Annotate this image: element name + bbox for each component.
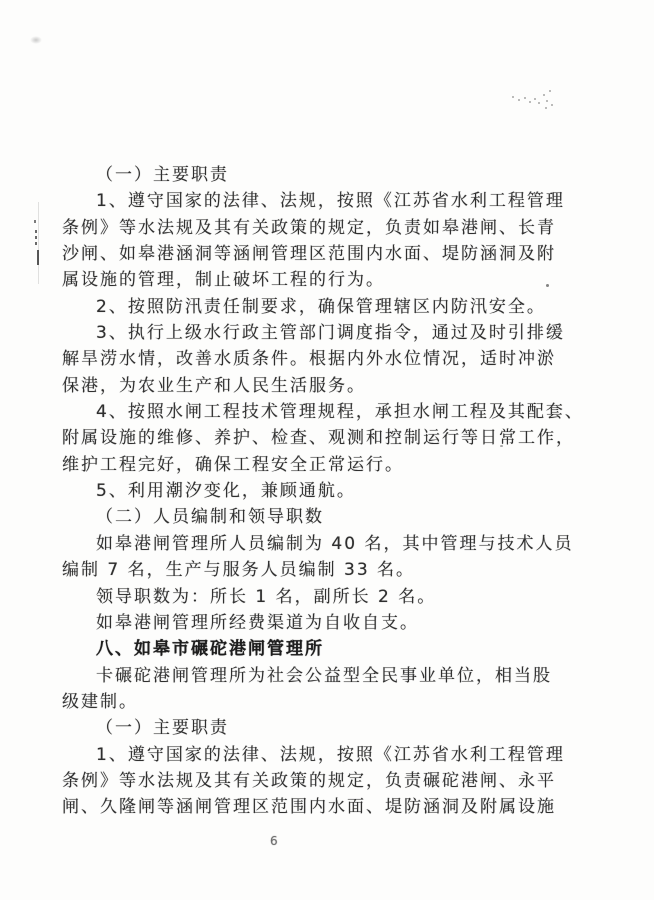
scan-smudge-top-left	[30, 36, 42, 44]
text-line: （二）人员编制和领导职数	[62, 504, 550, 530]
text-line: （一）主要职责	[62, 162, 550, 188]
text-line: 解旱涝水情，改善水质条件。根据内外水位情况，适时冲淤	[62, 346, 550, 372]
text-line: 2、按照防汛责任制要求，确保管理辖区内防汛安全。	[62, 294, 550, 320]
text-line: 如皋港闸管理所人员编制为 40 名，其中管理与技术人员	[62, 531, 550, 557]
left-margin-ink-marks	[32, 198, 44, 290]
text-line: 如皋港闸管理所经费渠道为自收自支。	[62, 610, 550, 636]
section-heading: 八、如皋市碾砣港闸管理所	[62, 636, 550, 662]
text-line: 3、执行上级水行政主管部门调度指令，通过及时引排缓	[62, 320, 550, 346]
text-line: 闸、久隆闸等涵闸管理区范围内水面、堤防涵洞及附属设施	[62, 794, 550, 820]
text-line: 5、利用潮汐变化，兼顾通航。	[62, 478, 550, 504]
scan-smudge-top-right	[510, 84, 558, 112]
text-line: 保港，为农业生产和人民生活服务。	[62, 373, 550, 399]
page-number: 6	[270, 834, 278, 848]
text-line: 卡碾砣港闸管理所为社会公益型全民事业单位，相当股	[62, 663, 550, 689]
text-line: 编制 7 名，生产与服务人员编制 33 名。	[62, 557, 550, 583]
text-line: 1、遵守国家的法律、法规，按照《江苏省水利工程管理	[62, 742, 550, 768]
text-line: 领导职数为：所长 1 名，副所长 2 名。	[62, 584, 550, 610]
text-block: （一）主要职责1、遵守国家的法律、法规，按照《江苏省水利工程管理条例》等水法规及…	[62, 162, 550, 821]
text-line: 附属设施的维修、养护、检查、观测和控制运行等日常工作，	[62, 425, 550, 451]
text-line: 1、遵守国家的法律、法规，按照《江苏省水利工程管理	[62, 188, 550, 214]
text-line: 级建制。	[62, 689, 550, 715]
text-line: 沙闸、如皋港涵洞等涵闸管理区范围内水面、堤防涵洞及附	[62, 241, 550, 267]
text-line: 属设施的管理，制止破坏工程的行为。	[62, 267, 550, 293]
text-line: 维护工程完好，确保工程安全正常运行。	[62, 452, 550, 478]
scanned-document-page: （一）主要职责1、遵守国家的法律、法规，按照《江苏省水利工程管理条例》等水法规及…	[0, 0, 654, 900]
text-line: （一）主要职责	[62, 715, 550, 741]
text-line: 条例》等水法规及其有关政策的规定，负责碾砣港闸、永平	[62, 768, 550, 794]
text-line: 4、按照水闸工程技术管理规程，承担水闸工程及其配套、	[62, 399, 550, 425]
text-line: 条例》等水法规及其有关政策的规定，负责如皋港闸、长青	[62, 215, 550, 241]
